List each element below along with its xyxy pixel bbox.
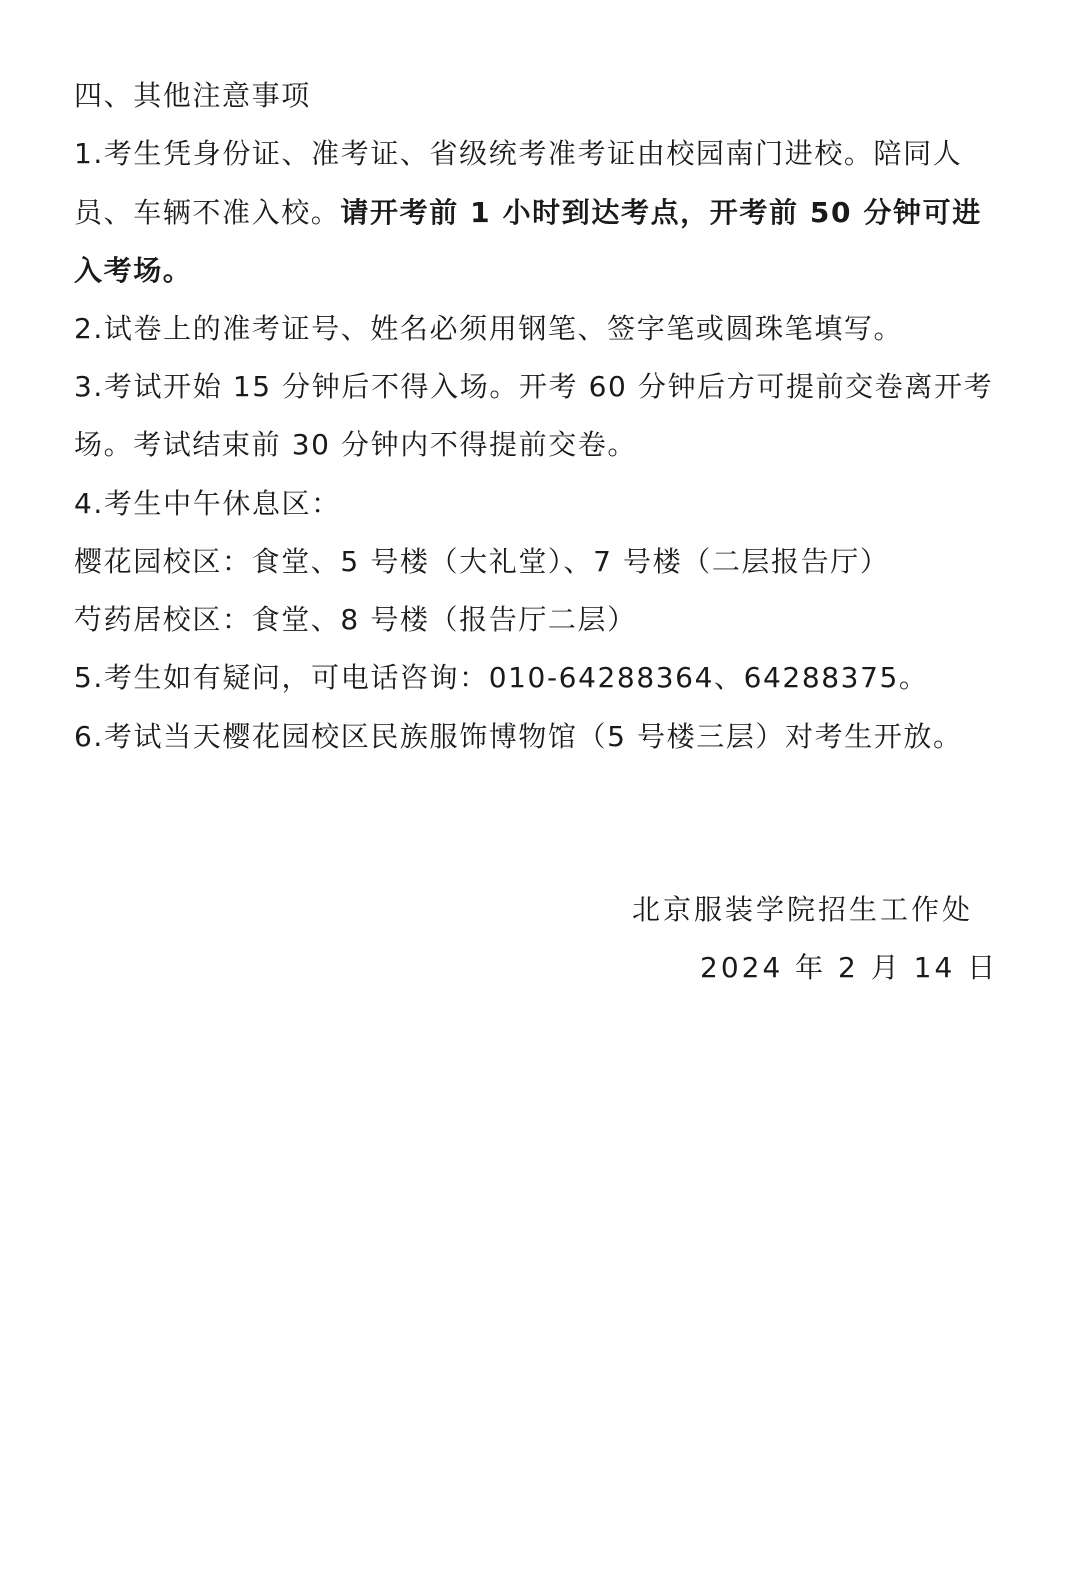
item-4-line-3: 芍药居校区：食堂、8 号楼（报告厅二层） <box>74 600 637 640</box>
item-text: 场。考试结束前 30 分钟内不得提前交卷。 <box>74 428 637 461</box>
item-text: 2.试卷上的准考证号、姓名必须用钢笔、签字笔或圆珠笔填写。 <box>74 312 903 345</box>
item-text-bold: 请开考前 1 小时到达考点，开考前 50 分钟可进 <box>340 196 981 229</box>
item-4-line-2: 樱花园校区：食堂、5 号楼（大礼堂）、7 号楼（二层报告厅） <box>74 542 889 582</box>
item-5-line-1: 5.考生如有疑问，可电话咨询：010-64288364、64288375。 <box>74 658 929 698</box>
section-heading: 四、其他注意事项 <box>74 76 311 116</box>
item-3-line-2: 场。考试结束前 30 分钟内不得提前交卷。 <box>74 425 637 465</box>
document-page: 四、其他注意事项 1.考生凭身份证、准考证、省级统考准考证由校园南门进校。陪同人… <box>0 0 1080 1578</box>
item-text: 3.考试开始 15 分钟后不得入场。开考 60 分钟后方可提前交卷离开考 <box>74 370 993 403</box>
item-1-line-3: 入考场。 <box>74 251 192 291</box>
item-1-line-2: 员、车辆不准入校。请开考前 1 小时到达考点，开考前 50 分钟可进 <box>74 193 982 233</box>
item-text: 4.考生中午休息区： <box>74 487 341 520</box>
item-text: 6.考试当天樱花园校区民族服饰博物馆（5 号楼三层）对考生开放。 <box>74 720 963 753</box>
item-4-line-1: 4.考生中午休息区： <box>74 484 341 524</box>
signature-organization: 北京服装学院招生工作处 <box>632 890 973 930</box>
item-text: 樱花园校区：食堂、5 号楼（大礼堂）、7 号楼（二层报告厅） <box>74 545 889 578</box>
item-1-line-1: 1.考生凭身份证、准考证、省级统考准考证由校园南门进校。陪同人 <box>74 134 962 174</box>
item-text-bold: 入考场。 <box>74 254 192 287</box>
item-text: 1.考生凭身份证、准考证、省级统考准考证由校园南门进校。陪同人 <box>74 137 962 170</box>
item-text: 5.考生如有疑问，可电话咨询：010-64288364、64288375。 <box>74 661 929 694</box>
item-6-line-1: 6.考试当天樱花园校区民族服饰博物馆（5 号楼三层）对考生开放。 <box>74 717 963 757</box>
item-text: 芍药居校区：食堂、8 号楼（报告厅二层） <box>74 603 637 636</box>
signature-date: 2024 年 2 月 14 日 <box>700 948 998 988</box>
item-3-line-1: 3.考试开始 15 分钟后不得入场。开考 60 分钟后方可提前交卷离开考 <box>74 367 993 407</box>
item-text: 员、车辆不准入校。 <box>74 196 340 229</box>
item-2-line-1: 2.试卷上的准考证号、姓名必须用钢笔、签字笔或圆珠笔填写。 <box>74 309 903 349</box>
